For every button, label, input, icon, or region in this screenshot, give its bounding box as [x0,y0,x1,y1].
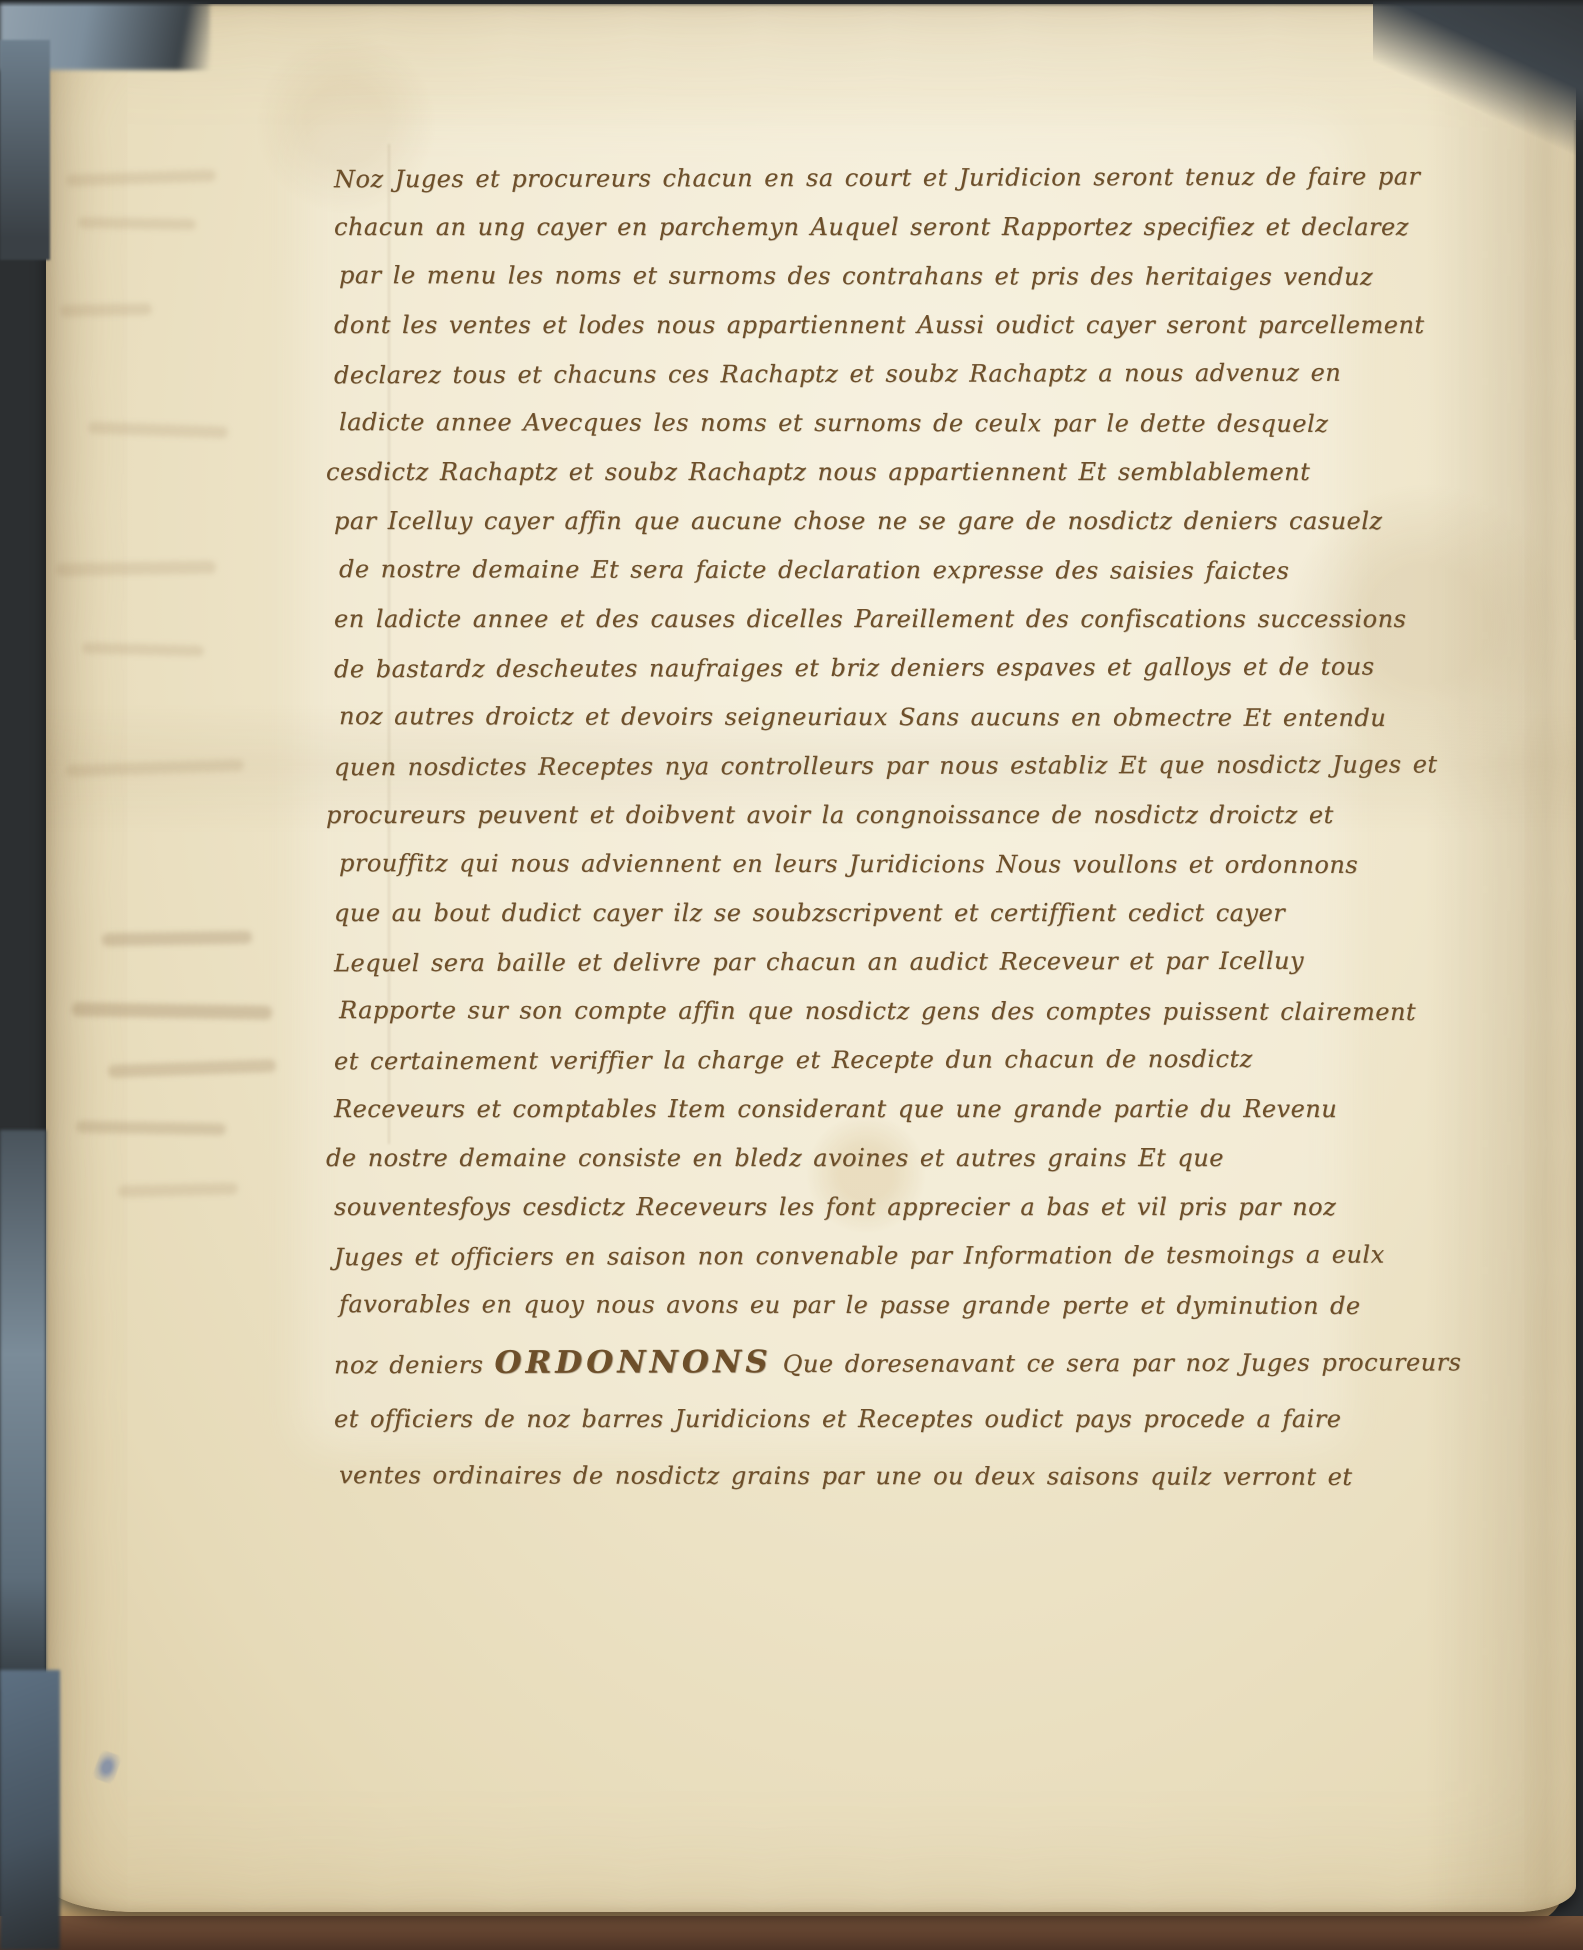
manuscript-line: par le menu les noms et surnoms des cont… [339,251,1319,302]
line-text: declarez tous et chacuns ces Rachaptz et… [334,359,1341,390]
show-through-text [66,169,216,186]
ordonnons-display-word: ORDONNONS [494,1344,771,1381]
manuscript-line: souventesfoys cesdictz Receveurs les fon… [334,1183,1314,1232]
line-text: procureurs peuvent et doibvent avoir la … [326,801,1334,829]
line-text: par le menu les noms et surnoms des cont… [339,261,1373,291]
manuscript-line: de nostre demaine Et sera faicte declara… [339,545,1319,596]
manuscript-line: quen nosdictes Receptes nya controlleurs… [334,741,1314,793]
line-text: Lequel sera baille et delivre par chacun… [334,947,1304,978]
show-through-text [82,642,204,656]
manuscript-line: Juges et officiers en saison non convena… [334,1231,1314,1283]
manuscript-line: en ladicte annee et des causes dicelles … [334,595,1314,644]
line-text: chacun an ung cayer en parchemyn Auquel … [334,213,1409,241]
line-text: en ladicte annee et des causes dicelles … [334,605,1406,633]
line-text: par Icelluy cayer affin que aucune chose… [334,507,1383,535]
manuscript-line: de nostre demaine consiste en bledz avoi… [326,1134,1306,1183]
manuscript-text-block: Noz Juges et procureurs chacun en sa cou… [334,154,1314,1501]
show-through-text [76,1121,226,1136]
line-text: noz deniers [334,1351,483,1379]
line-text: cesdictz Rachaptz et soubz Rachaptz nous… [326,458,1310,486]
line-text: ventes ordinaires de nosdictz grains par… [339,1461,1353,1491]
line-text: et officiers de noz barres Juridicions e… [334,1405,1341,1433]
line-text: noz autres droictz et devoirs seigneuria… [339,702,1386,732]
manuscript-line: favorables en quoy nous avons eu par le … [339,1280,1319,1331]
show-through-text [56,561,216,577]
line-text: dont les ventes et lodes nous appartienn… [334,311,1425,339]
show-through-text [118,1182,238,1197]
line-text: de bastardz descheutes naufraiges et bri… [334,653,1375,684]
show-through-text [102,931,252,947]
manuscript-line: que au bout dudict cayer ilz se soubzscr… [334,889,1314,938]
cloth-bottom-left [0,1670,60,1950]
manuscript-line: noz autres droictz et devoirs seigneuria… [339,692,1319,743]
line-text: Noz Juges et procureurs chacun en sa cou… [334,162,1421,193]
photo-background: Noz Juges et procureurs chacun en sa cou… [0,0,1583,1950]
line-text: Juges et officiers en saison non convena… [334,1241,1385,1272]
line-text: et certainement veriffier la charge et R… [334,1045,1253,1075]
show-through-text [108,1059,276,1078]
line-text: Rapporte sur son compte affin que nosdic… [339,996,1416,1026]
manuscript-line-ordonnons: noz deniers ORDONNONS Que doresenavant c… [334,1337,1314,1389]
manuscript-line: par Icelluy cayer affin que aucune chose… [334,497,1314,546]
manuscript-line: declarez tous et chacuns ces Rachaptz et… [334,349,1314,401]
table-surface [0,1916,1583,1950]
manuscript-line: procureurs peuvent et doibvent avoir la … [326,791,1306,840]
manuscript-line: dont les ventes et lodes nous appartienn… [334,301,1314,350]
manuscript-page: Noz Juges et procureurs chacun en sa cou… [46,4,1576,1912]
show-through-text [60,303,152,317]
manuscript-line: chacun an ung cayer en parchemyn Auquel … [334,203,1314,252]
manuscript-line: Rapporte sur son compte affin que nosdic… [339,986,1319,1037]
manuscript-line: Noz Juges et procureurs chacun en sa cou… [334,153,1314,205]
cloth-left-upper [0,40,50,260]
cloth-left-middle [0,1130,46,1690]
manuscript-line: Lequel sera baille et delivre par chacun… [334,937,1314,989]
line-text: de nostre demaine consiste en bledz avoi… [326,1144,1224,1172]
line-text: souventesfoys cesdictz Receveurs les fon… [334,1193,1336,1221]
line-text: que au bout dudict cayer ilz se soubzscr… [334,899,1285,927]
show-through-text [72,1002,272,1019]
manuscript-line: et officiers de noz barres Juridicions e… [334,1395,1314,1444]
line-text: de nostre demaine Et sera faicte declara… [339,555,1289,585]
line-text: Que doresenavant ce sera par noz Juges p… [783,1348,1462,1378]
line-text: prouffitz qui nous adviennent en leurs J… [339,849,1358,879]
manuscript-line: Receveurs et comptables Item considerant… [334,1085,1314,1134]
show-through-text [66,759,244,777]
line-text: quen nosdictes Receptes nya controlleurs… [334,750,1438,781]
line-text: favorables en quoy nous avons eu par le … [339,1290,1361,1320]
line-text: Receveurs et comptables Item considerant… [334,1095,1337,1123]
manuscript-line: prouffitz qui nous adviennent en leurs J… [339,839,1319,890]
photo-corner-top-right [1373,0,1583,160]
manuscript-line: et certainement veriffier la charge et R… [334,1035,1314,1087]
show-through-text [78,217,196,230]
photo-edge-top [0,0,1583,7]
manuscript-line: cesdictz Rachaptz et soubz Rachaptz nous… [326,448,1306,497]
blue-ink-smudge [92,1749,123,1785]
manuscript-line: ladicte annee Avecques les noms et surno… [339,398,1319,449]
manuscript-line: de bastardz descheutes naufraiges et bri… [334,643,1314,695]
photo-edge-right [1573,120,1583,640]
show-through-text [88,422,228,439]
manuscript-line: ventes ordinaires de nosdictz grains par… [339,1451,1319,1502]
line-text: ladicte annee Avecques les noms et surno… [339,408,1328,438]
